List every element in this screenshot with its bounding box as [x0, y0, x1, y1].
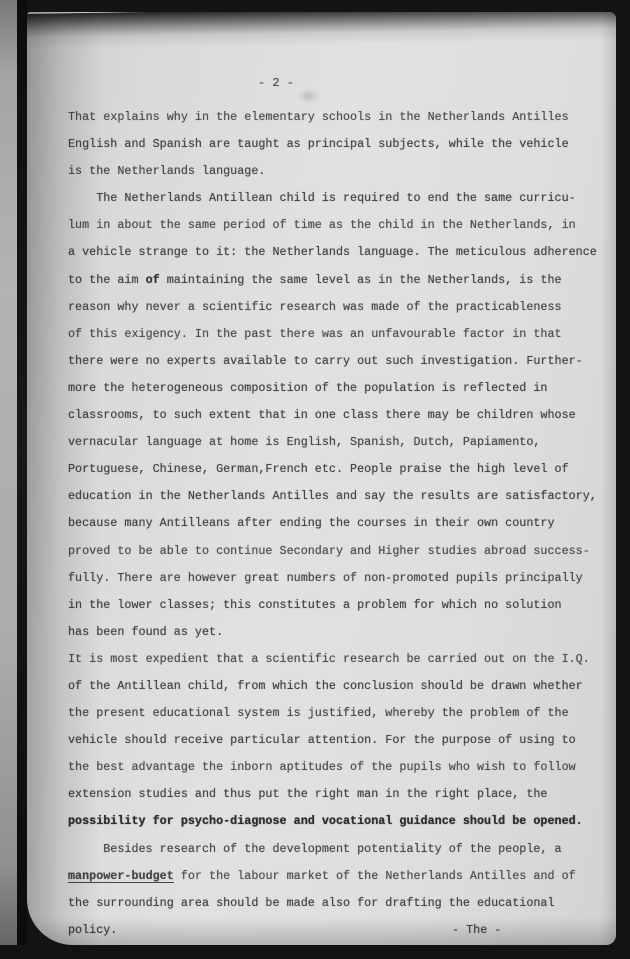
- book-gutter-shadow: [17, 0, 27, 959]
- scanner-bed-left-strip: [0, 0, 17, 959]
- text-line: possibility for psycho-diagnose and voca…: [68, 808, 610, 835]
- scanner-bed-bottom-strip: [0, 945, 630, 959]
- text-lines: That explains why in the elementary scho…: [68, 104, 610, 944]
- text-line: That explains why in the elementary scho…: [68, 104, 610, 131]
- ink-smudge: [298, 89, 319, 103]
- text-line: policy.: [68, 917, 610, 944]
- text-line: of this exigency. In the past there was …: [68, 321, 610, 348]
- text-line: The Netherlands Antillean child is requi…: [68, 185, 610, 212]
- text-line: the surrounding area should be made also…: [68, 890, 610, 917]
- text-line: the best advantage the inborn aptitudes …: [68, 754, 610, 781]
- text-line: reason why never a scientific research w…: [68, 294, 610, 321]
- text-line: fully. There are however great numbers o…: [68, 565, 610, 592]
- text-line: proved to be able to continue Secondary …: [68, 538, 610, 565]
- underlined-term: manpower-budget: [68, 869, 174, 883]
- text-line: English and Spanish are taught as princi…: [68, 131, 610, 158]
- text-line: in the lower classes; this constitutes a…: [68, 592, 610, 619]
- text-line: lum in about the same period of time as …: [68, 212, 610, 239]
- text-line: Besides research of the development pote…: [68, 836, 610, 863]
- text-line: classrooms, to such extent that in one c…: [68, 402, 610, 429]
- page-top-edge-curl: [27, 12, 616, 50]
- text-line: is the Netherlands language.: [68, 158, 610, 185]
- text-line: to the aim of maintaining the same level…: [68, 267, 610, 294]
- text-line: of the Antillean child, from which the c…: [68, 673, 610, 700]
- scan-canvas: { "page": { "number_label": "- 2 -", "ca…: [0, 0, 630, 959]
- text-line: manpower-budget for the labour market of…: [68, 863, 610, 890]
- text-line: because many Antilleans after ending the…: [68, 510, 610, 537]
- text-line: the present educational system is justif…: [68, 700, 610, 727]
- text-line: has been found as yet.: [68, 619, 610, 646]
- text-line: education in the Netherlands Antilles an…: [68, 483, 610, 510]
- page-number: - 2 -: [258, 76, 294, 90]
- text-line: more the heterogeneous composition of th…: [68, 375, 610, 402]
- text-line: Portuguese, Chinese, German,French etc. …: [68, 456, 610, 483]
- text-line: vehicle should receive particular attent…: [68, 727, 610, 754]
- catchword: - The -: [452, 923, 501, 937]
- text-line: It is most expedient that a scientific r…: [68, 646, 610, 673]
- text-line: vernacular language at home is English, …: [68, 429, 610, 456]
- text-line: extension studies and thus put the right…: [68, 781, 610, 808]
- scanned-page: - 2 - That explains why in the elementar…: [27, 12, 616, 945]
- text-line: there were no experts available to carry…: [68, 348, 610, 375]
- text-line: a vehicle strange to it: the Netherlands…: [68, 239, 610, 266]
- bold-term: of: [146, 273, 160, 287]
